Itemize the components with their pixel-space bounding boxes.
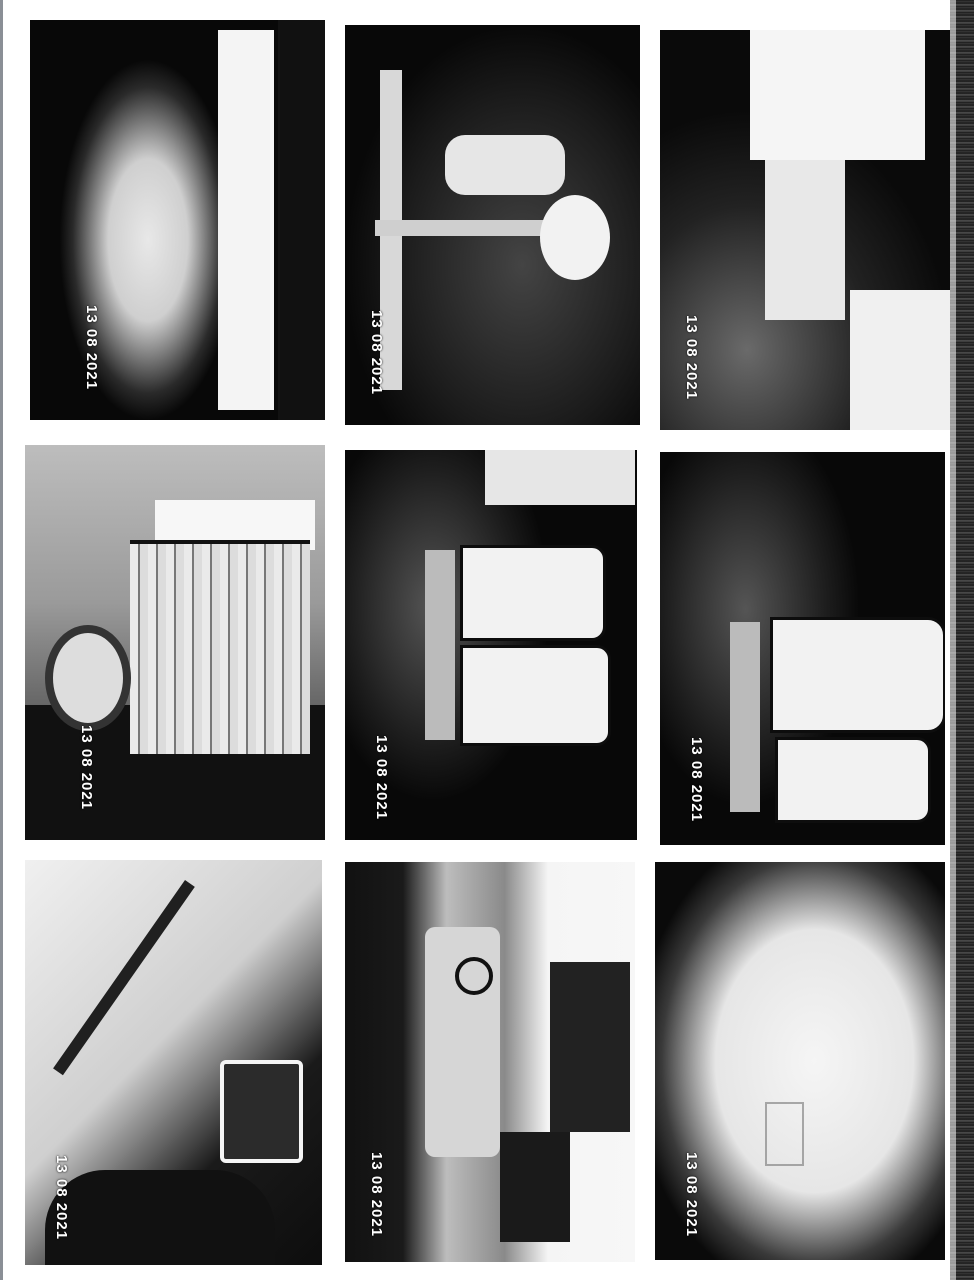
photo-6: 13 08 2021 bbox=[660, 452, 945, 845]
date-stamp: 13 08 2021 bbox=[368, 1152, 385, 1237]
photo-4: 13 08 2021 bbox=[25, 445, 325, 840]
date-stamp: 13 08 2021 bbox=[83, 305, 100, 390]
photo-2: 13 08 2021 bbox=[345, 25, 640, 425]
date-stamp: 13 08 2021 bbox=[78, 725, 95, 810]
photo-5: 13 08 2021 bbox=[345, 450, 637, 840]
scan-right-edge bbox=[950, 0, 974, 1280]
date-stamp: 13 08 2021 bbox=[688, 737, 705, 822]
date-stamp: 13 08 2021 bbox=[373, 735, 390, 820]
photo-7: 13 08 2021 bbox=[25, 860, 322, 1265]
photo-8: 13 08 2021 bbox=[345, 862, 635, 1262]
date-stamp: 13 08 2021 bbox=[683, 1152, 700, 1237]
photo-1: 13 08 2021 bbox=[30, 20, 325, 420]
photo-3: 13 08 2021 bbox=[660, 30, 950, 430]
photo-9: 13 08 2021 bbox=[655, 862, 945, 1260]
date-stamp: 13 08 2021 bbox=[683, 315, 700, 400]
date-stamp: 13 08 2021 bbox=[53, 1155, 70, 1240]
scan-left-border bbox=[0, 0, 3, 1280]
date-stamp: 13 08 2021 bbox=[368, 310, 385, 395]
